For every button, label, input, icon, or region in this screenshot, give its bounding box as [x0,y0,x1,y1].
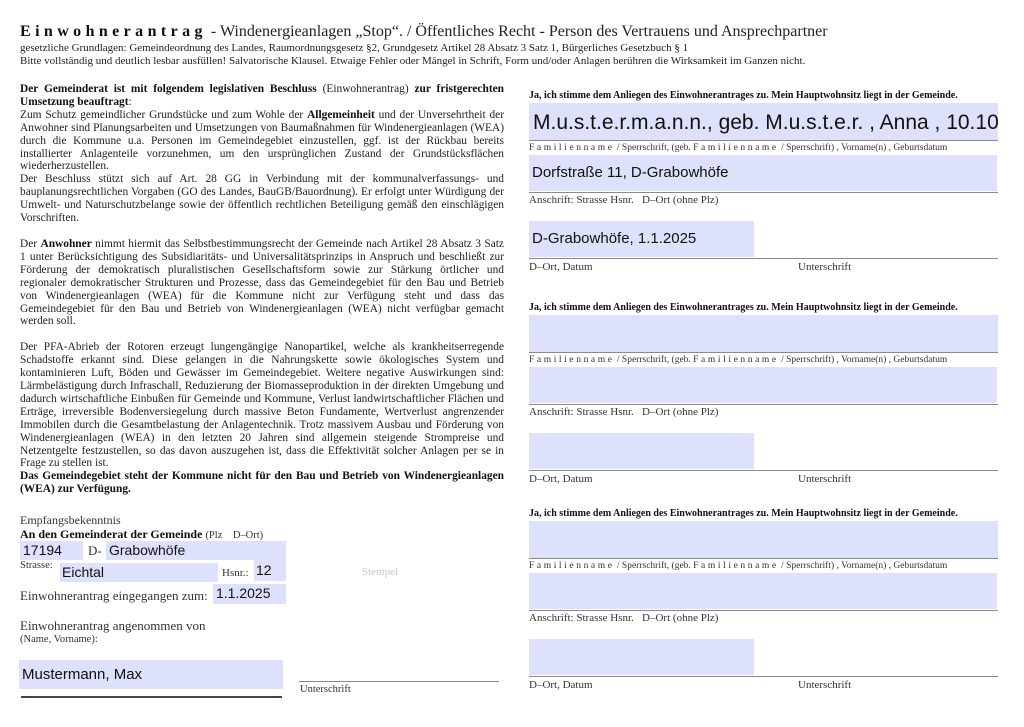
name-field-label: Familienname / Sperrschrift, (geb. Famil… [529,561,947,571]
instructions: Bitte vollständig und deutlich lesbar au… [20,55,805,67]
name-field-label: Familienname / Sperrschrift, (geb. Famil… [529,355,947,365]
receipt-signature-label: Unterschrift [300,684,351,695]
place-date-field[interactable] [529,433,754,469]
address-field[interactable] [529,367,997,403]
address-underline [529,610,998,611]
signature-label: Unterschrift [798,261,851,273]
place-date-label: D–Ort, Datum [529,679,593,691]
resolution-conclusion: Das Gemeindegebiet steht der Kommune nic… [20,470,504,496]
signature-line [529,470,998,471]
title-rest: - Windenergieanlagen „Stop“. / Öffentlic… [207,23,828,40]
stamp-area-label: Stempel [362,566,398,578]
address-field-label: Anschrift: Strasse Hsnr. D–Ort (ohne Plz… [529,406,718,418]
place-date-field[interactable]: D-Grabowhöfe, 1.1.2025 [529,221,754,257]
name-birthdate-field[interactable]: M.u.s.t.e.r.m.a.n.n., geb. M.u.s.t.e.r. … [529,103,998,140]
title-bold: Einwohnerantrag [20,23,207,40]
street-field[interactable]: Eichtal [60,563,218,582]
accepted-sublabel: (Name, Vorname): [20,634,98,645]
address-field-label: Anschrift: Strasse Hsnr. D–Ort (ohne Plz… [529,612,718,624]
address-field[interactable] [529,573,997,609]
accepted-by-field[interactable]: Mustermann, Max [19,660,283,689]
signature-line [529,258,998,259]
name-underline [529,558,998,559]
signature-label: Unterschrift [798,473,851,485]
accepted-by-underline [21,696,282,698]
ort-prefix: D- [88,543,102,559]
received-date-field[interactable]: 1.1.2025 [213,584,286,604]
resolution-paragraph-3: Der Anwohner nimmt hiermit das Selbstbes… [20,238,504,328]
name-underline [529,352,998,353]
document-title: Einwohnerantrag - Windenergieanlagen „St… [20,23,828,41]
place-date-label: D–Ort, Datum [529,261,593,273]
address-underline [529,404,998,405]
place-date-label: D–Ort, Datum [529,473,593,485]
resolution-paragraph-1: Zum Schutz gemeindlicher Grundstücke und… [20,109,504,174]
consent-statement: Ja, ich stimme dem Anliegen des Einwohne… [529,302,958,313]
address-underline [529,192,998,193]
ort-field[interactable]: Grabowhöfe [106,541,286,560]
name-birthdate-field[interactable] [529,521,998,558]
council-label: An den Gemeinderat der Gemeinde (Plz D–O… [20,527,263,542]
name-birthdate-field[interactable] [529,315,998,352]
hsnr-label: Hsnr.: [222,567,249,579]
receipt-heading: Empfangsbekenntnis [20,513,121,528]
hsnr-field[interactable]: 12 [254,560,286,581]
accepted-label: Einwohnerantrag angenommen von [20,618,206,634]
resolution-paragraph-2: Der Beschluss stützt sich auf Art. 28 GG… [20,173,504,225]
resolution-paragraph-4: Der PFA-Abrieb der Rotoren erzeugt lunge… [20,341,504,470]
signature-line [529,676,998,677]
signature-label: Unterschrift [798,679,851,691]
address-field-label: Anschrift: Strasse Hsnr. D–Ort (ohne Plz… [529,194,718,206]
receipt-signature-line [299,681,499,682]
consent-statement: Ja, ich stimme dem Anliegen des Einwohne… [529,508,958,519]
resolution-intro: Der Gemeinderat ist mit folgendem legisl… [20,83,504,109]
name-field-label: Familienname / Sperrschrift, (geb. Famil… [529,143,947,153]
legal-basis: gesetzliche Grundlagen: Gemeindeordnung … [20,42,688,54]
plz-field[interactable]: 17194 [20,541,83,560]
resolution-text: Der Gemeinderat ist mit folgendem legisl… [20,83,504,496]
received-label: Einwohnerantrag eingegangen zum: [20,588,208,604]
place-date-field[interactable] [529,639,754,675]
street-label: Strasse: [20,560,53,571]
consent-statement: Ja, ich stimme dem Anliegen des Einwohne… [529,90,958,101]
name-underline [529,140,998,141]
address-field[interactable]: Dorfstraße 11, D-Grabowhöfe [529,155,997,191]
